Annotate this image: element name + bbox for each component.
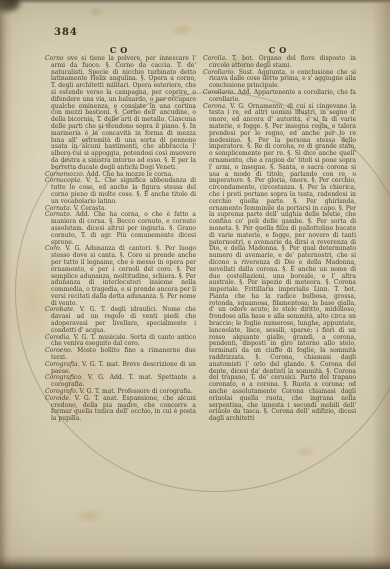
entry-body: Mosto bollito fino a rimanerne due terzi… [51,347,196,361]
dictionary-entry: Coroeno. Mosto bollito fino a rimanerne … [45,348,196,362]
entry-body: V. G. Adunanza di cantori. §. Per luogo … [51,245,196,306]
entry-body: ove si tiene la polvere, per innescare l… [51,55,196,171]
page-number: 384 [54,27,78,38]
entry-body: V. G. Ornamento, di cui si cingevano la … [209,103,356,423]
text-column-right: Corolla. T. bot. Organo del fiore dispos… [203,56,356,423]
scan-edge-right [372,0,390,569]
dictionary-entry: Corona. V. G. Ornamento, di cui si cinge… [203,104,356,423]
column-header-left: CO [45,45,196,55]
column-header-right: CO [203,45,356,55]
entry-body: Add. Che ha corna, o che è fatto a manie… [51,211,196,245]
dictionary-entry: Corodia. V. G. T. musicale. Sorta di can… [45,335,196,349]
dictionary-entry: Corollario. Add. Appartenente a corollar… [203,90,356,104]
text-column-left: Corno ove si tiene la polvere, per innes… [45,56,196,423]
entry-body: V. G. T. musicale. Sorta di canto antico… [51,334,196,348]
dictionary-entry: Corolla. T. bot. Organo del fiore dispos… [203,56,356,70]
dictionary-entry: Corobate. V. G. T. degli idraulici. Nome… [45,307,196,334]
scan-edge-left [0,0,12,569]
dictionary-entry: Corno ove si tiene la polvere, per innes… [45,56,196,172]
dictionary-entry: Coro. V. G. Adunanza di cantori. §. Per … [45,246,196,307]
dictionary-entry: Cornuto. Add. Che ha corna, o che è fatt… [45,212,196,246]
dictionary-entry: Coroide. V. G. T. anat. Espansione, che … [45,396,196,423]
scanned-book-page: 384 CO CO Corno ove si tiene la polvere,… [0,0,390,569]
scan-edge-bottom [0,555,390,569]
dictionary-entry: Cornucopia. V. L. Che significa abbondan… [45,178,196,205]
dictionary-entry: Corollario. Sust. Aggiunta, o conclusion… [203,70,356,90]
entry-body: V. G. T. anat. Espansione, che alcuni cr… [51,395,196,422]
dictionary-entry: Corografico. V. G. Add. T. mat. Spettant… [45,375,196,389]
entry-body: T. bot. Organo del fiore disposto in cir… [209,55,356,69]
scan-edge-top [0,0,390,4]
dictionary-entry: Corografia. V. G. T. mat. Breve descrizi… [45,362,196,376]
